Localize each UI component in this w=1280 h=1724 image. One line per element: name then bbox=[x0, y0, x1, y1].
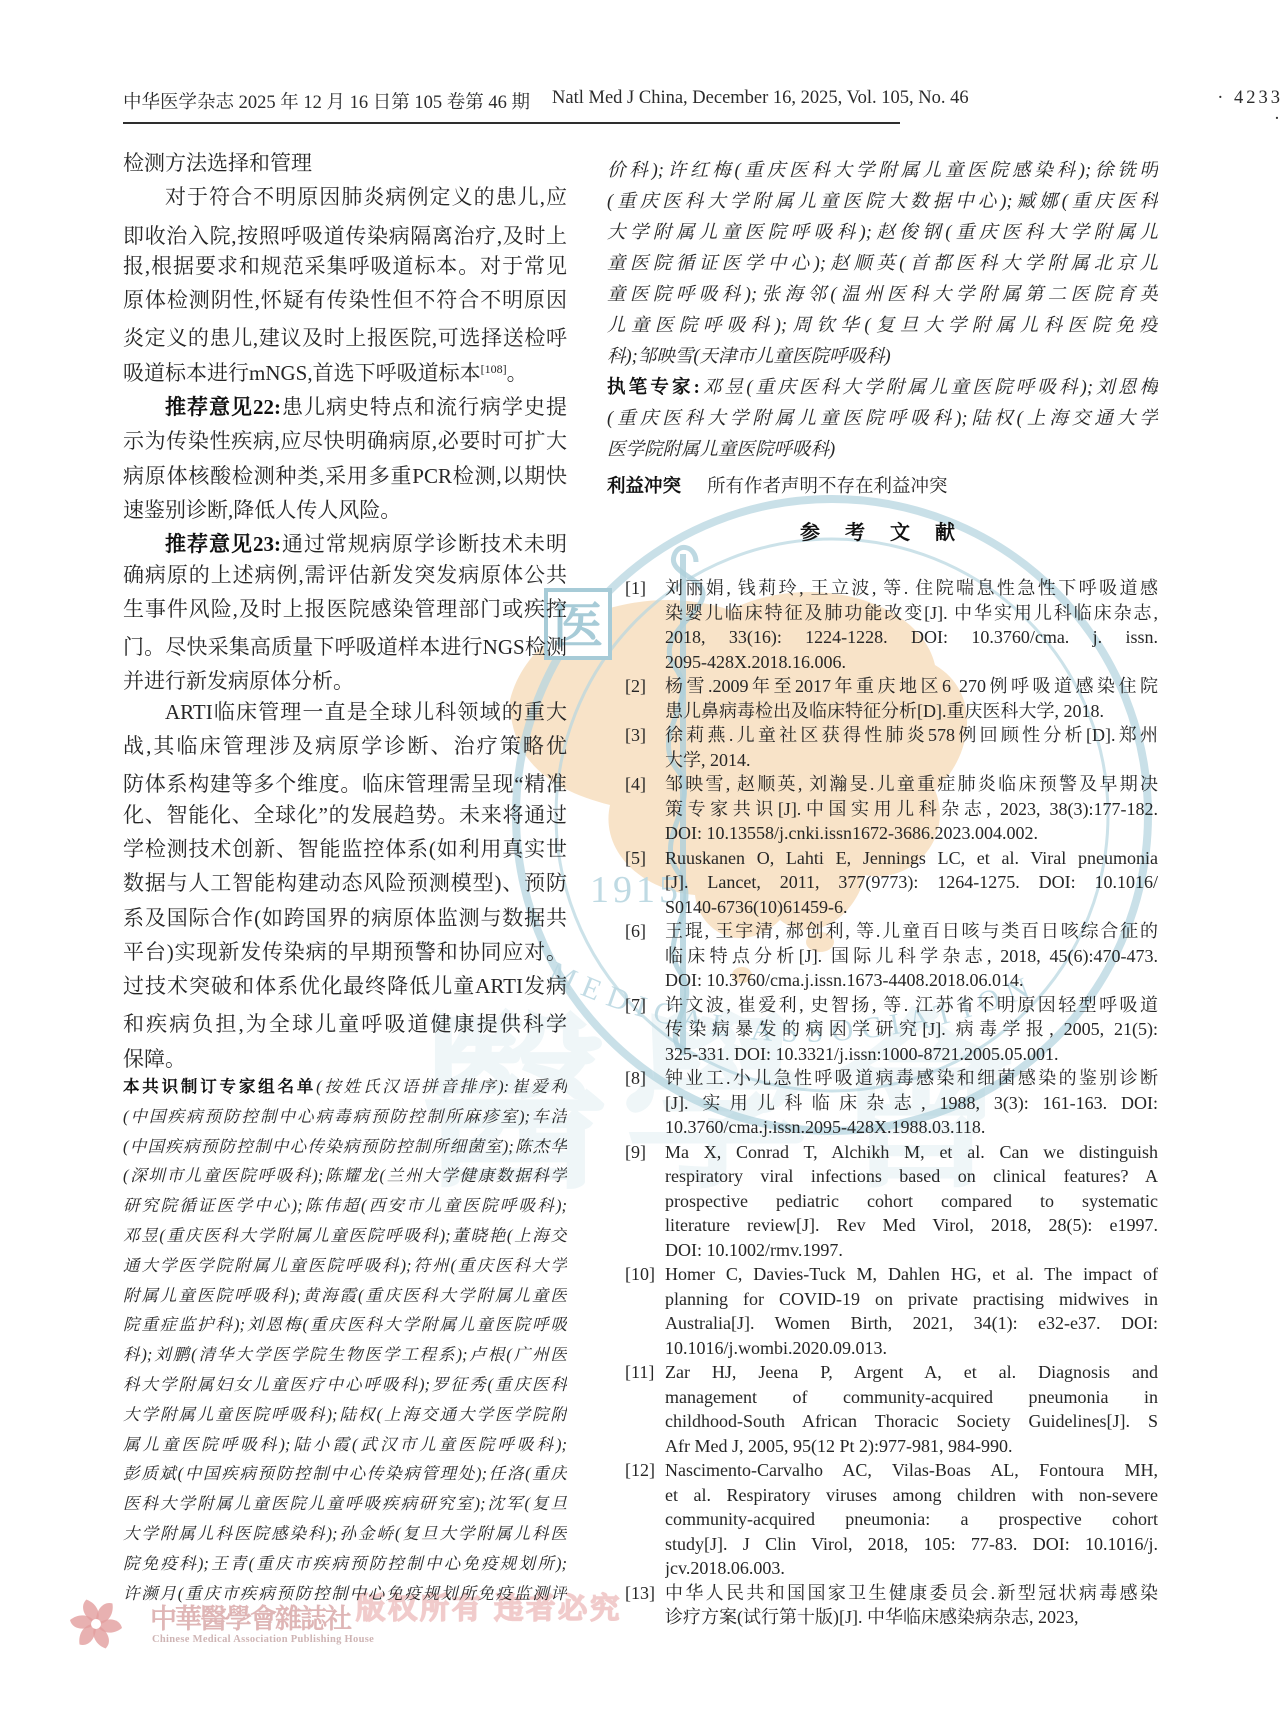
bold-lead: 本共识制订专家组名单 bbox=[123, 1077, 316, 1096]
reference-item: [7] 许文波, 崔爱利, 史智扬, 等. 江苏省不明原因轻型呼吸道传染病暴发的… bbox=[607, 993, 1158, 1067]
text-line: 示为传染性疾病,应尽快明确病原,必要时可扩大 bbox=[123, 420, 567, 454]
text-line: 过技术突破和体系优化最终降低儿童ARTI发病率 bbox=[123, 969, 567, 1003]
expert-line: (重庆医科大学附属儿童医院大数据中心);臧娜(重庆医科 bbox=[607, 187, 1158, 218]
reference-item: [1] 刘丽娟, 钱莉玲, 王立波, 等. 住院喘息性急性下呼吸道感染婴儿临床特… bbox=[607, 576, 1158, 674]
journal-title-cn: 中华医学杂志 2025 年 12 月 16 日第 105 卷第 46 期 bbox=[123, 88, 530, 114]
text-line: 化、智能化、全球化”的发展趋势。未来将通过病原 bbox=[123, 798, 567, 832]
body-text: 对于符合不明原因肺炎病例定义的患儿,应立即收治入院,按照呼吸道传染病隔离治疗,及… bbox=[123, 180, 567, 1072]
reference-text: 钟业工.小儿急性呼吸道病毒感染和细菌感染的鉴别诊断[J]. 实用儿科临床杂志, … bbox=[665, 1066, 1158, 1140]
reference-text: 许文波, 崔爱利, 史智扬, 等. 江苏省不明原因轻型呼吸道传染病暴发的病因学研… bbox=[665, 993, 1158, 1067]
bold-lead: 执笔专家: bbox=[607, 378, 700, 398]
publisher-flower-icon bbox=[70, 1594, 122, 1654]
reference-line: 策专家共识[J].中国实用儿科杂志, 2023, 38(3):177-182. bbox=[665, 797, 1158, 822]
expert-line: 医科大学附属儿童医院儿童呼吸疾病研究室);沈军(复旦 bbox=[123, 1489, 567, 1519]
reference-line: 大学, 2014. bbox=[665, 748, 1158, 773]
reference-number: [12] bbox=[625, 1458, 665, 1581]
expert-line: 科);刘鹏(清华大学医学院生物医学工程系);卢根(广州医 bbox=[123, 1340, 567, 1370]
reference-item: [8] 钟业工.小儿急性呼吸道病毒感染和细菌感染的鉴别诊断[J]. 实用儿科临床… bbox=[607, 1066, 1158, 1140]
reference-item: [5] Ruuskanen O, Lahti E, Jennings LC, e… bbox=[607, 846, 1158, 920]
expert-line: 执笔专家:邓昱(重庆医科大学附属儿童医院呼吸科);刘恩梅 bbox=[607, 373, 1158, 404]
expert-line: 邓昱(重庆医科大学附属儿童医院呼吸科);董晓艳(上海交 bbox=[123, 1221, 567, 1251]
reference-line: study[J]. J Clin Virol, 2018, 105: 77-83… bbox=[665, 1532, 1158, 1557]
right-column: 价科);许红梅(重庆医科大学附属儿童医院感染科);徐铣明(重庆医科大学附属儿童医… bbox=[607, 156, 1158, 1630]
reference-number: [11] bbox=[625, 1360, 665, 1458]
expert-line: (深圳市儿童医院呼吸科);陈耀龙(兰州大学健康数据科学 bbox=[123, 1161, 567, 1191]
reference-line: Afr Med J, 2005, 95(12 Pt 2):977-981, 98… bbox=[665, 1434, 1158, 1459]
text-line: 炎定义的患儿,建议及时上报医院,可选择送检呼 bbox=[123, 317, 567, 351]
reference-line: 染婴儿临床特征及肺功能改变[J]. 中华实用儿科临床杂志, bbox=[665, 601, 1158, 626]
reference-line: 临床特点分析[J]. 国际儿科学杂志, 2018, 45(6):470-473. bbox=[665, 944, 1158, 969]
journal-title-en: Natl Med J China, December 16, 2025, Vol… bbox=[552, 88, 969, 114]
reference-item: [6] 王琨, 王宇清, 郝创利, 等.儿童百日咳与类百日咳综合征的临床特点分析… bbox=[607, 919, 1158, 993]
reference-line: Zar HJ, Jeena P, Argent A, et al. Diagno… bbox=[665, 1360, 1158, 1385]
expert-line: (中国疾病预防控制中心传染病预防控制所细菌室);陈杰华 bbox=[123, 1132, 567, 1162]
reference-item: [10] Homer C, Davies-Tuck M, Dahlen HG, … bbox=[607, 1262, 1158, 1360]
reference-number: [13] bbox=[625, 1581, 665, 1630]
expert-line: 许濒月(重庆市疾病预防控制中心免疫规划所免疫监测评 bbox=[123, 1579, 567, 1609]
expert-line: 大学附属儿童医院呼吸科);陆权(上海交通大学医学院附 bbox=[123, 1400, 567, 1430]
text-line: 原体检测阴性,怀疑有传染性但不符合不明原因肺 bbox=[123, 283, 567, 317]
reference-line: 10.3760/cma.j.issn.2095-428X.1988.03.118… bbox=[665, 1115, 1158, 1140]
reference-line: planning for COVID-19 on private practis… bbox=[665, 1287, 1158, 1312]
text-line: ARTI临床管理一直是全球儿科领域的重大挑 bbox=[123, 695, 567, 729]
reference-text: Zar HJ, Jeena P, Argent A, et al. Diagno… bbox=[665, 1360, 1158, 1458]
reference-number: [2] bbox=[625, 674, 665, 723]
expert-line: 通大学医学院附属儿童医院呼吸科);符州(重庆医科大学 bbox=[123, 1251, 567, 1281]
reference-line: prospective pediatric cohort compared to… bbox=[665, 1189, 1158, 1214]
text-line: 对于符合不明原因肺炎病例定义的患儿,应立 bbox=[123, 180, 567, 214]
reference-line: Nascimento-Carvalho AC, Vilas-Boas AL, F… bbox=[665, 1458, 1158, 1483]
reference-number: [8] bbox=[625, 1066, 665, 1140]
reference-line: management of community-acquired pneumon… bbox=[665, 1385, 1158, 1410]
expert-panel-list-continued: 价科);许红梅(重庆医科大学附属儿童医院感染科);徐铣明(重庆医科大学附属儿童医… bbox=[607, 156, 1158, 373]
text-line: 保障。 bbox=[123, 1038, 567, 1072]
reference-line: 中华人民共和国国家卫生健康委员会.新型冠状病毒感染 bbox=[665, 1581, 1158, 1606]
reference-line: community-acquired pneumonia: a prospect… bbox=[665, 1507, 1158, 1532]
reference-text: Nascimento-Carvalho AC, Vilas-Boas AL, F… bbox=[665, 1458, 1158, 1581]
coi-label: 利益冲突 bbox=[607, 477, 681, 497]
reference-line: 刘丽娟, 钱莉玲, 王立波, 等. 住院喘息性急性下呼吸道感 bbox=[665, 576, 1158, 601]
expert-line: 科);邹映雪(天津市儿童医院呼吸科) bbox=[607, 342, 1158, 373]
reference-line: 诊疗方案(试行第十版)[J]. 中华临床感染病杂志, 2023, bbox=[665, 1605, 1158, 1630]
expert-line: 属儿童医院呼吸科);陆小霞(武汉市儿童医院呼吸科); bbox=[123, 1430, 567, 1460]
page-header: 中华医学杂志 2025 年 12 月 16 日第 105 卷第 46 期 Nat… bbox=[123, 88, 1157, 124]
reference-text: Homer C, Davies-Tuck M, Dahlen HG, et al… bbox=[665, 1262, 1158, 1360]
bold-lead: 推荐意见23: bbox=[165, 532, 281, 556]
expert-panel-list: 本共识制订专家组名单(按姓氏汉语拼音排序):崔爱利(中国疾病预防控制中心病毒病预… bbox=[123, 1072, 567, 1608]
reference-number: [4] bbox=[625, 772, 665, 846]
reference-number: [6] bbox=[625, 919, 665, 993]
reference-line: 患儿鼻病毒检出及临床特征分析[D].重庆医科大学, 2018. bbox=[665, 699, 1158, 724]
reference-line: 邹映雪, 赵顺英, 刘瀚旻.儿童重症肺炎临床预警及早期决 bbox=[665, 772, 1158, 797]
section-heading: 检测方法选择和管理 bbox=[123, 146, 567, 180]
expert-line: (重庆医科大学附属儿童医院呼吸科);陆权(上海交通大学 bbox=[607, 404, 1158, 435]
reference-line: DOI: 10.3760/cma.j.issn.1673-4408.2018.0… bbox=[665, 968, 1158, 993]
text-line: 系及国际合作(如跨国界的病原体监测与数据共享 bbox=[123, 901, 567, 935]
text-line: 吸道标本进行mNGS,首选下呼吸道标本[108]。 bbox=[123, 352, 567, 386]
left-column: 检测方法选择和管理 对于符合不明原因肺炎病例定义的患儿,应立即收治入院,按照呼吸… bbox=[123, 146, 567, 1608]
text-line: 门。尽快采集高质量下呼吸道样本进行NGS检测 bbox=[123, 626, 567, 660]
expert-line: (中国疾病预防控制中心病毒病预防控制所麻疹室);车洁 bbox=[123, 1102, 567, 1132]
reference-line: 徐莉燕.儿童社区获得性肺炎578例回顾性分析[D].郑州 bbox=[665, 723, 1158, 748]
reference-number: [5] bbox=[625, 846, 665, 920]
reference-item: [3] 徐莉燕.儿童社区获得性肺炎578例回顾性分析[D].郑州大学, 2014… bbox=[607, 723, 1158, 772]
text-line: 推荐意见22:患儿病史特点和流行病学史提 bbox=[123, 386, 567, 420]
reference-line: 325-331. DOI: 10.3321/j.issn:1000-8721.2… bbox=[665, 1042, 1158, 1067]
reference-text: 杨雪.2009年至2017年重庆地区6 270例呼吸道感染住院患儿鼻病毒检出及临… bbox=[665, 674, 1158, 723]
reference-text: Ruuskanen O, Lahti E, Jennings LC, et al… bbox=[665, 846, 1158, 920]
reference-line: Ma X, Conrad T, Alchikh M, et al. Can we… bbox=[665, 1140, 1158, 1165]
reference-number: [3] bbox=[625, 723, 665, 772]
references-list: [1] 刘丽娟, 钱莉玲, 王立波, 等. 住院喘息性急性下呼吸道感染婴儿临床特… bbox=[607, 576, 1158, 1630]
expert-line: 童医院循证医学中心);赵顺英(首都医科大学附属北京儿 bbox=[607, 249, 1158, 280]
reference-number: [10] bbox=[625, 1262, 665, 1360]
expert-line: 附属儿童医院呼吸科);黄海霞(重庆医科大学附属儿童医 bbox=[123, 1281, 567, 1311]
reference-text: 邹映雪, 赵顺英, 刘瀚旻.儿童重症肺炎临床预警及早期决策专家共识[J].中国实… bbox=[665, 772, 1158, 846]
reference-text: 徐莉燕.儿童社区获得性肺炎578例回顾性分析[D].郑州大学, 2014. bbox=[665, 723, 1158, 772]
reference-number: [1] bbox=[625, 576, 665, 674]
reference-line: [J]. 实用儿科临床杂志, 1988, 3(3): 161-163. DOI: bbox=[665, 1091, 1158, 1116]
expert-line: 科大学附属妇女儿童医疗中心呼吸科);罗征秀(重庆医科 bbox=[123, 1370, 567, 1400]
text-line: 防体系构建等多个维度。临床管理需呈现“精准 bbox=[123, 763, 567, 797]
expert-line: 童医院呼吸科);张海邻(温州医科大学附属第二医院育英 bbox=[607, 280, 1158, 311]
reference-line: childhood-South African Thoracic Society… bbox=[665, 1409, 1158, 1434]
expert-line: 研究院循证医学中心);陈伟超(西安市儿童医院呼吸科); bbox=[123, 1191, 567, 1221]
reference-line: et al. Respiratory viruses among childre… bbox=[665, 1483, 1158, 1508]
reference-line: 2095-428X.2018.16.006. bbox=[665, 650, 1158, 675]
text-line: 数据与人工智能构建动态风险预测模型)、预防体 bbox=[123, 866, 567, 900]
expert-line: 大学附属儿童医院呼吸科);赵俊钢(重庆医科大学附属儿 bbox=[607, 218, 1158, 249]
reference-item: [9] Ma X, Conrad T, Alchikh M, et al. Ca… bbox=[607, 1140, 1158, 1263]
text-line: 病原体核酸检测种类,采用多重PCR检测,以期快 bbox=[123, 455, 567, 489]
expert-line: 医学院附属儿童医院呼吸科) bbox=[607, 435, 1158, 466]
reference-text: 刘丽娟, 钱莉玲, 王立波, 等. 住院喘息性急性下呼吸道感染婴儿临床特征及肺功… bbox=[665, 576, 1158, 674]
publisher-name-en: Chinese Medical Association Publishing H… bbox=[152, 1634, 374, 1645]
writing-experts: 执笔专家:邓昱(重庆医科大学附属儿童医院呼吸科);刘恩梅(重庆医科大学附属儿童医… bbox=[607, 373, 1158, 466]
running-head: 中华医学杂志 2025 年 12 月 16 日第 105 卷第 46 期 Nat… bbox=[123, 88, 900, 124]
reference-item: [11] Zar HJ, Jeena P, Argent A, et al. D… bbox=[607, 1360, 1158, 1458]
reference-line: Ruuskanen O, Lahti E, Jennings LC, et al… bbox=[665, 846, 1158, 871]
conflict-of-interest: 利益冲突所有作者声明不存在利益冲突 bbox=[607, 472, 1158, 502]
reference-number: [9] bbox=[625, 1140, 665, 1263]
reference-item: [4] 邹映雪, 赵顺英, 刘瀚旻.儿童重症肺炎临床预警及早期决策专家共识[J]… bbox=[607, 772, 1158, 846]
text-line: 学检测技术创新、智能监控体系(如利用真实世界 bbox=[123, 832, 567, 866]
reference-line: 钟业工.小儿急性呼吸道病毒感染和细菌感染的鉴别诊断 bbox=[665, 1066, 1158, 1091]
expert-line: 价科);许红梅(重庆医科大学附属儿童医院感染科);徐铣明 bbox=[607, 156, 1158, 187]
reference-line: DOI: 10.1002/rmv.1997. bbox=[665, 1238, 1158, 1263]
references-heading: 参 考 文 献 bbox=[607, 518, 1158, 548]
text-line: 并进行新发病原体分析。 bbox=[123, 660, 567, 694]
reference-text: Ma X, Conrad T, Alchikh M, et al. Can we… bbox=[665, 1140, 1158, 1263]
page-number: · 4233 · bbox=[1205, 88, 1280, 130]
text-line: 生事件风险,及时上报医院感染管理部门或疾控部 bbox=[123, 592, 567, 626]
reference-item: [2] 杨雪.2009年至2017年重庆地区6 270例呼吸道感染住院患儿鼻病毒… bbox=[607, 674, 1158, 723]
expert-line: 大学附属儿科医院感染科);孙金峤(复旦大学附属儿科医 bbox=[123, 1519, 567, 1549]
expert-line: 本共识制订专家组名单(按姓氏汉语拼音排序):崔爱利 bbox=[123, 1072, 567, 1102]
reference-line: 王琨, 王宇清, 郝创利, 等.儿童百日咳与类百日咳综合征的 bbox=[665, 919, 1158, 944]
expert-line: 儿童医院呼吸科);周钦华(复旦大学附属儿科医院免疫 bbox=[607, 311, 1158, 342]
reference-line: literature review[J]. Rev Med Virol, 201… bbox=[665, 1213, 1158, 1238]
reference-line: 杨雪.2009年至2017年重庆地区6 270例呼吸道感染住院 bbox=[665, 674, 1158, 699]
expert-line: 院重症监护科);刘恩梅(重庆医科大学附属儿童医院呼吸 bbox=[123, 1310, 567, 1340]
text-line: 平台)实现新发传染病的早期预警和协同应对。通 bbox=[123, 935, 567, 969]
journal-page: 医 1915 MEDICAL ASSOCIATION 醫學會 中華醫學會雜誌社 … bbox=[0, 0, 1280, 1724]
reference-line: respiratory viral infections based on cl… bbox=[665, 1164, 1158, 1189]
text-line: 速鉴别诊断,降低人传人风险。 bbox=[123, 489, 567, 523]
text-line: 确病原的上述病例,需评估新发突发病原体公共卫 bbox=[123, 558, 567, 592]
reference-item: [13] 中华人民共和国国家卫生健康委员会.新型冠状病毒感染诊疗方案(试行第十版… bbox=[607, 1581, 1158, 1630]
text-line: 报,根据要求和规范采集呼吸道标本。对于常见病 bbox=[123, 249, 567, 283]
text-line: 即收治入院,按照呼吸道传染病隔离治疗,及时上 bbox=[123, 215, 567, 249]
coi-text: 所有作者声明不存在利益冲突 bbox=[707, 477, 948, 497]
expert-line: 院免疫科);王青(重庆市疾病预防控制中心免疫规划所); bbox=[123, 1549, 567, 1579]
reference-line: jcv.2018.06.003. bbox=[665, 1556, 1158, 1581]
text-line: 和疾病负担,为全球儿童呼吸道健康提供科学 bbox=[123, 1003, 567, 1037]
reference-number: [7] bbox=[625, 993, 665, 1067]
reference-line: [J]. Lancet, 2011, 377(9773): 1264-1275.… bbox=[665, 870, 1158, 895]
reference-line: DOI: 10.13558/j.cnki.issn1672-3686.2023.… bbox=[665, 821, 1158, 846]
reference-line: 许文波, 崔爱利, 史智扬, 等. 江苏省不明原因轻型呼吸道 bbox=[665, 993, 1158, 1018]
text-line: 推荐意见23:通过常规病原学诊断技术未明 bbox=[123, 523, 567, 557]
reference-line: 10.1016/j.wombi.2020.09.013. bbox=[665, 1336, 1158, 1361]
expert-line: 彭质斌(中国疾病预防控制中心传染病管理处);任洛(重庆 bbox=[123, 1459, 567, 1489]
reference-text: 中华人民共和国国家卫生健康委员会.新型冠状病毒感染诊疗方案(试行第十版)[J].… bbox=[665, 1581, 1158, 1630]
reference-item: [12] Nascimento-Carvalho AC, Vilas-Boas … bbox=[607, 1458, 1158, 1581]
citation-superscript: [108] bbox=[481, 362, 507, 376]
reference-line: 2018, 33(16): 1224-1228. DOI: 10.3760/cm… bbox=[665, 625, 1158, 650]
reference-text: 王琨, 王宇清, 郝创利, 等.儿童百日咳与类百日咳综合征的临床特点分析[J].… bbox=[665, 919, 1158, 993]
text-line: 战,其临床管理涉及病原学诊断、治疗策略优化、预 bbox=[123, 729, 567, 763]
reference-line: Homer C, Davies-Tuck M, Dahlen HG, et al… bbox=[665, 1262, 1158, 1287]
bold-lead: 推荐意见22: bbox=[165, 395, 281, 419]
reference-line: S0140-6736(10)61459-6. bbox=[665, 895, 1158, 920]
reference-line: Australia[J]. Women Birth, 2021, 34(1): … bbox=[665, 1311, 1158, 1336]
reference-line: 传染病暴发的病因学研究[J]. 病毒学报, 2005, 21(5): bbox=[665, 1017, 1158, 1042]
